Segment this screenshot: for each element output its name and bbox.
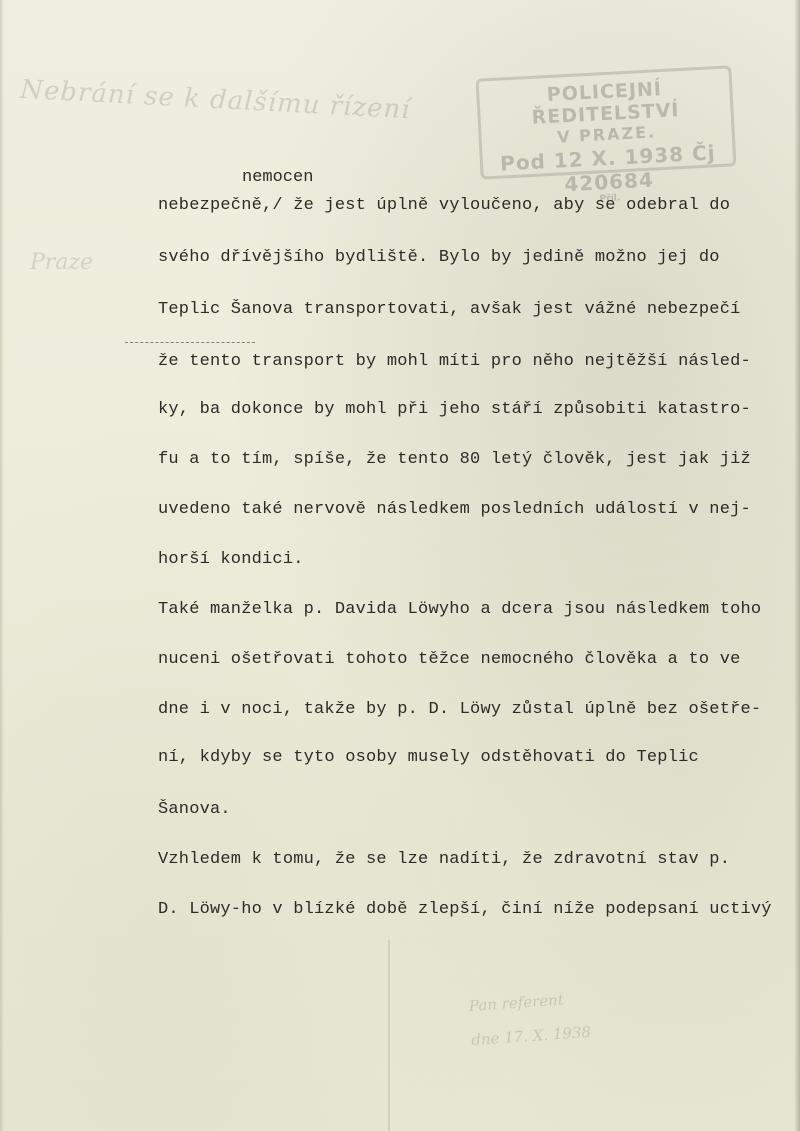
typed-line: uvedeno také nervově následkem posledníc… [158,500,751,519]
typed-line: nebezpečně,/ že jest úplně vyloučeno, ab… [158,196,730,215]
typed-line: horší kondici. [158,550,304,569]
typed-line: Šanova. [158,800,231,819]
document-page: Nebrání se k dalšímu řízení Praze POLICE… [0,0,800,1131]
typed-line: že tento transport by mohl míti pro něho… [158,352,751,371]
typed-line: dne i v noci, takže by p. D. Löwy zůstal… [158,700,761,719]
dashed-rule [125,342,255,343]
typed-line: fu a to tím, spíše, že tento 80 letý člo… [158,450,751,469]
typed-line: Také manželka p. Davida Löwyho a dcera j… [158,600,761,619]
typed-line: ní, kdyby se tyto osoby musely odstěhova… [158,748,699,767]
typed-line: svého dřívějšího bydliště. Bylo by jedin… [158,248,720,267]
typed-line: ky, ba dokonce by mohl při jeho stáří zp… [158,400,751,419]
pencil-margin-note: Praze [30,250,93,275]
handwriting-bottom: Pan referent dne 17. X. 1938 [468,981,592,1057]
typed-line: Teplic Šanova transportovati, avšak jest… [158,300,741,319]
paper-edge-right [794,0,800,1131]
typed-line: Vzhledem k tomu, že se lze nadíti, že zd… [158,850,730,869]
handwriting-line: dne 17. X. 1938 [470,1015,592,1057]
typed-line: nuceni ošetřovati tohoto těžce nemocného… [158,650,741,669]
police-receipt-stamp: POLICEJNÍ ŘEDITELSTVÍ V PRAZE. Pod 12 X.… [476,65,737,179]
typed-line: D. Löwy-ho v blízké době zlepší, činí ní… [158,900,772,919]
paper-fold [388,940,390,1131]
paper-edge-left [0,0,4,1131]
typed-insertion: nemocen [242,168,313,187]
pencil-note-top: Nebrání se k dalšímu řízení [19,75,411,125]
